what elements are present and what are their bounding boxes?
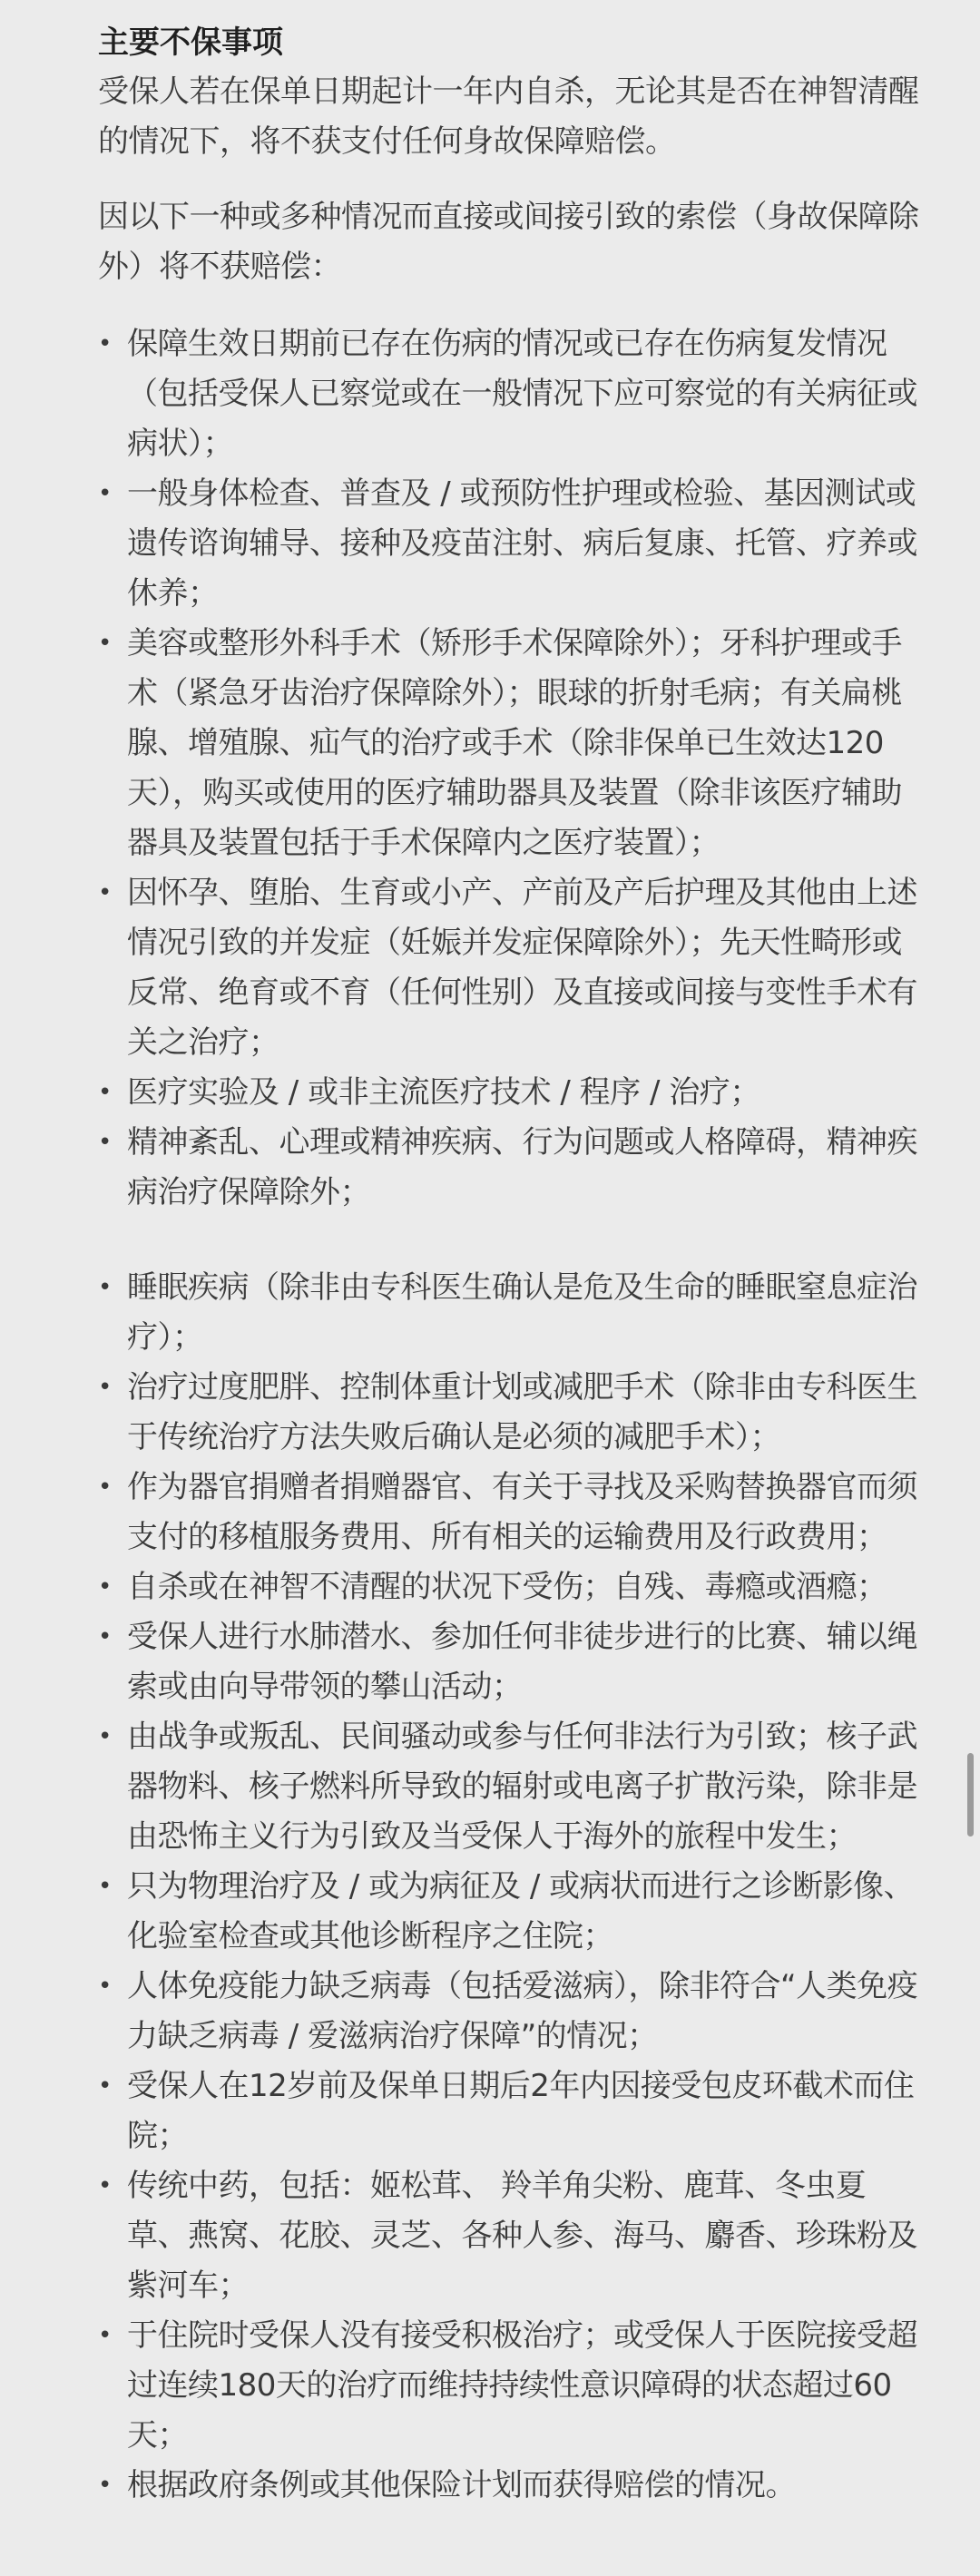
bullet-icon: • <box>98 1612 127 1662</box>
bullet-icon: • <box>98 1962 127 2012</box>
list-item-text: 受保人在12岁前及保单日期后2年内因接受包皮环截术而住院； <box>127 2068 914 2154</box>
bullet-icon: • <box>98 1068 127 1118</box>
list-item: •作为器官捐赠者捐赠器官、有关于寻找及采购替换器官而须支付的移植服务费用、所有相… <box>98 1463 919 1562</box>
list-item: •睡眠疾病（除非由专科医生确认是危及生命的睡眠窒息症治疗）； <box>98 1263 919 1363</box>
list-item-text: 由战争或叛乱、民间骚动或参与任何非法行为引致；核子武器物料、核子燃料所导致的辐射… <box>127 1719 917 1855</box>
bullet-icon: • <box>98 1263 127 1313</box>
list-item-text: 于住院时受保人没有接受积极治疗；或受保人于医院接受超过连续180天的治疗而维持持… <box>127 2317 917 2454</box>
scrollbar[interactable] <box>962 0 980 2576</box>
bullet-icon: • <box>98 319 127 369</box>
list-item: •医疗实验及 / 或非主流医疗技术 / 程序 / 治疗； <box>98 1068 919 1118</box>
list-item-text: 自杀或在神智不清醒的状况下受伤；自残、毒瘾或酒瘾； <box>127 1569 887 1605</box>
list-item-text: 因怀孕、堕胎、生育或小产、产前及产后护理及其他由上述情况引致的并发症（妊娠并发症… <box>127 875 917 1061</box>
list-item: •传统中药，包括：姬松茸、 羚羊角尖粉、鹿茸、冬虫夏草、燕窝、花胶、灵芝、各种人… <box>98 2161 919 2311</box>
list-item-text: 睡眠疾病（除非由专科医生确认是危及生命的睡眠窒息症治疗）； <box>127 1269 917 1356</box>
bullet-icon: • <box>98 619 127 669</box>
scrollbar-thumb[interactable] <box>967 1753 974 1837</box>
bullet-icon: • <box>98 1712 127 1762</box>
list-item-text: 精神紊乱、心理或精神疾病、行为问题或人格障碍，精神疾病治疗保障除外； <box>127 1124 917 1210</box>
list-item: •由战争或叛乱、民间骚动或参与任何非法行为引致；核子武器物料、核子燃料所导致的辐… <box>98 1712 919 1862</box>
list-item-text: 人体免疫能力缺乏病毒（包括爱滋病），除非符合“人类免疫力缺乏病毒 / 爱滋病治疗… <box>127 1968 917 2054</box>
bullet-icon: • <box>98 2062 127 2111</box>
list-item-text: 美容或整形外科手术（矫形手术保障除外）；牙科护理或手术（紧急牙齿治疗保障除外）；… <box>127 625 902 861</box>
bullet-icon: • <box>98 1118 127 1168</box>
list-item-text: 治疗过度肥胖、控制体重计划或减肥手术（除非由专科医生于传统治疗方法失败后确认是必… <box>127 1369 917 1455</box>
bullet-icon: • <box>98 2461 127 2511</box>
bullet-icon: • <box>98 2161 127 2211</box>
list-item: •人体免疫能力缺乏病毒（包括爱滋病），除非符合“人类免疫力缺乏病毒 / 爱滋病治… <box>98 1962 919 2062</box>
list-item: •治疗过度肥胖、控制体重计划或减肥手术（除非由专科医生于传统治疗方法失败后确认是… <box>98 1363 919 1463</box>
bullet-icon: • <box>98 1363 127 1413</box>
list-item-text: 传统中药，包括：姬松茸、 羚羊角尖粉、鹿茸、冬虫夏草、燕窝、花胶、灵芝、各种人参… <box>127 2168 917 2304</box>
bullet-icon: • <box>98 1862 127 1912</box>
list-item-text: 医疗实验及 / 或非主流医疗技术 / 程序 / 治疗； <box>127 1074 760 1111</box>
bullet-icon: • <box>98 1562 127 1612</box>
list-item: •精神紊乱、心理或精神疾病、行为问题或人格障碍，精神疾病治疗保障除外； <box>98 1118 919 1218</box>
list-item-text: 作为器官捐赠者捐赠器官、有关于寻找及采购替换器官而须支付的移植服务费用、所有相关… <box>127 1469 917 1555</box>
list-item: •根据政府条例或其他保险计划而获得赔偿的情况。 <box>98 2461 919 2511</box>
list-item: •于住院时受保人没有接受积极治疗；或受保人于医院接受超过连续180天的治疗而维持… <box>98 2311 919 2461</box>
suicide-clause-paragraph: 受保人若在保单日期起计一年内自杀，无论其是否在神智清醒的情况下，将不获支付任何身… <box>98 67 919 167</box>
list-item-text: 保障生效日期前已存在伤病的情况或已存在伤病复发情况（包括受保人已察觉或在一般情况… <box>127 326 917 462</box>
page-title: 主要不保事项 <box>98 20 919 65</box>
list-item: •只为物理治疗及 / 或为病征及 / 或病状而进行之诊断影像、化验室检查或其他诊… <box>98 1862 919 1962</box>
list-item: •保障生效日期前已存在伤病的情况或已存在伤病复发情况（包括受保人已察觉或在一般情… <box>98 319 919 469</box>
list-item: •美容或整形外科手术（矫形手术保障除外）；牙科护理或手术（紧急牙齿治疗保障除外）… <box>98 619 919 868</box>
list-item: •一般身体检查、普查及 / 或预防性护理或检验、基因测试或遗传谘询辅导、接种及疫… <box>98 469 919 619</box>
list-item: •因怀孕、堕胎、生育或小产、产前及产后护理及其他由上述情况引致的并发症（妊娠并发… <box>98 868 919 1068</box>
exclusions-intro-paragraph: 因以下一种或多种情况而直接或间接引致的索偿（身故保障除外）将不获赔偿： <box>98 192 919 292</box>
list-item-text: 一般身体检查、普查及 / 或预防性护理或检验、基因测试或遗传谘询辅导、接种及疫苗… <box>127 475 917 612</box>
bullet-icon: • <box>98 469 127 519</box>
bullet-icon: • <box>98 1463 127 1513</box>
bullet-icon: • <box>98 868 127 918</box>
list-item: •受保人在12岁前及保单日期后2年内因接受包皮环截术而住院； <box>98 2062 919 2161</box>
list-item: •受保人进行水肺潜水、参加任何非徒步进行的比赛、辅以绳索或由向导带领的攀山活动； <box>98 1612 919 1712</box>
bullet-icon: • <box>98 2311 127 2361</box>
list-item: •自杀或在神智不清醒的状况下受伤；自残、毒瘾或酒瘾； <box>98 1562 919 1612</box>
list-item-text: 只为物理治疗及 / 或为病征及 / 或病状而进行之诊断影像、化验室检查或其他诊断… <box>127 1868 914 1954</box>
list-item-text: 受保人进行水肺潜水、参加任何非徒步进行的比赛、辅以绳索或由向导带领的攀山活动； <box>127 1619 917 1705</box>
list-item-text: 根据政府条例或其他保险计划而获得赔偿的情况。 <box>127 2467 796 2503</box>
exclusions-document: 主要不保事项 受保人若在保单日期起计一年内自杀，无论其是否在神智清醒的情况下，将… <box>98 20 919 2511</box>
exclusions-list: •保障生效日期前已存在伤病的情况或已存在伤病复发情况（包括受保人已察觉或在一般情… <box>98 319 919 2511</box>
